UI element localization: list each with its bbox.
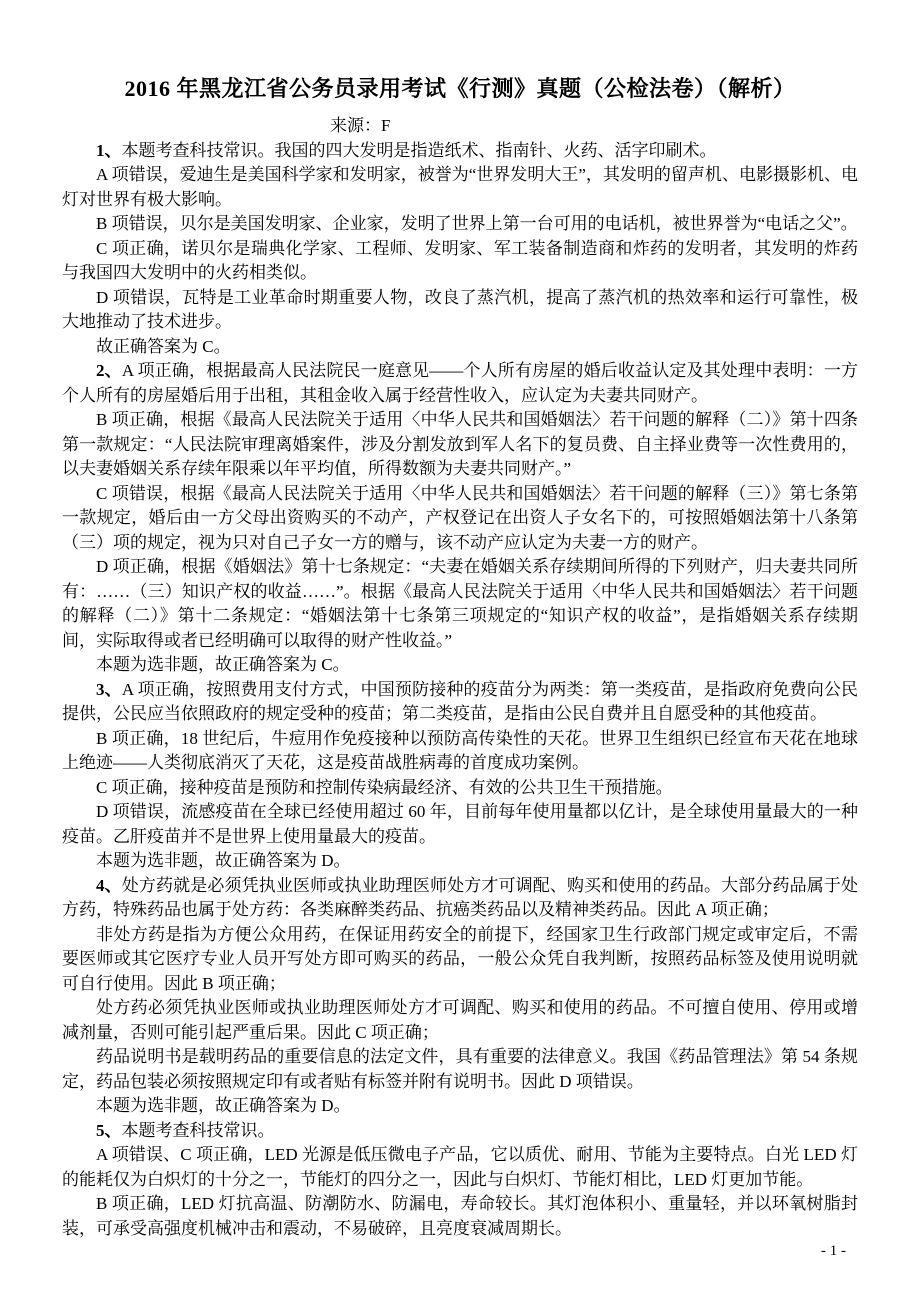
paragraph-text: C 项正确，诺贝尔是瑞典化学家、工程师、发明家、军工装备制造商和炸药的发明者，其… [62, 239, 858, 283]
paragraph-q1-option-a: A 项错误，爱迪生是美国科学家和发明家，被誉为“世界发明大王”，其发明的留声机、… [62, 163, 858, 212]
paragraph-text: 本题为选非题，故正确答案为 C。 [96, 655, 350, 674]
paragraph-q2-answer: 本题为选非题，故正确答案为 C。 [62, 653, 858, 678]
paragraph-q5-intro: 5、本题考查科技常识。 [62, 1119, 858, 1144]
question-number: 3、 [96, 680, 122, 699]
paragraph-q3-option-a: 3、A 项正确，按照费用支付方式，中国预防接种的疫苗分为两类：第一类疫苗，是指政… [62, 678, 858, 727]
paragraph-q4-answer: 本题为选非题，故正确答案为 D。 [62, 1094, 858, 1119]
question-number: 1、 [96, 141, 122, 160]
question-number: 2、 [96, 361, 122, 380]
paragraph-q1-option-c: C 项正确，诺贝尔是瑞典化学家、工程师、发明家、军工装备制造商和炸药的发明者，其… [62, 237, 858, 286]
paragraph-text: 处方药就是必须凭执业医师或执业助理医师处方才可调配、购买和使用的药品。大部分药品… [62, 876, 858, 920]
paragraph-text: B 项正确，LED 灯抗高温、防潮防水、防漏电，寿命较长。其灯泡体积小、重量轻，… [62, 1194, 858, 1238]
paragraph-text: D 项正确，根据《婚姻法》第十七条规定：“夫妻在婚姻关系存续期间所得的下列财产，… [62, 557, 858, 650]
paragraph-q1-option-d: D 项错误，瓦特是工业革命时期重要人物，改良了蒸汽机，提高了蒸汽机的热效率和运行… [62, 286, 858, 335]
paragraph-text: D 项错误，瓦特是工业革命时期重要人物，改良了蒸汽机，提高了蒸汽机的热效率和运行… [62, 288, 858, 332]
question-number: 4、 [96, 876, 122, 895]
paragraph-text: B 项正确，根据《最高人民法院关于适用〈中华人民共和国婚姻法〉若干问题的解释（二… [62, 410, 858, 478]
paragraph-q1-answer: 故正确答案为 C。 [62, 335, 858, 360]
document-page: 2016 年黑龙江省公务员录用考试《行测》真题（公检法卷）（解析） 来源：F 1… [0, 0, 920, 1302]
paragraph-q4-option-c: 处方药必须凭执业医师或执业助理医师处方才可调配、购买和使用的药品。不可擅自使用、… [62, 996, 858, 1045]
paragraph-text: 处方药必须凭执业医师或执业助理医师处方才可调配、购买和使用的药品。不可擅自使用、… [62, 998, 858, 1042]
paragraph-text: A 项错误，爱迪生是美国科学家和发明家，被誉为“世界发明大王”，其发明的留声机、… [62, 165, 858, 209]
paragraph-q4-option-b: 非处方药是指为方便公众用药，在保证用药安全的前提下，经国家卫生行政部门规定或审定… [62, 923, 858, 997]
paragraph-text: 药品说明书是载明药品的重要信息的法定文件，具有重要的法律意义。我国《药品管理法》… [62, 1047, 858, 1091]
paragraph-q2-option-b: B 项正确，根据《最高人民法院关于适用〈中华人民共和国婚姻法〉若干问题的解释（二… [62, 408, 858, 482]
paragraph-text: 非处方药是指为方便公众用药，在保证用药安全的前提下，经国家卫生行政部门规定或审定… [62, 925, 858, 993]
paragraph-text: 本题考查科技常识。 [122, 1121, 275, 1140]
paragraph-q5-option-b: B 项正确，LED 灯抗高温、防潮防水、防漏电，寿命较长。其灯泡体积小、重量轻，… [62, 1192, 858, 1241]
paragraph-text: C 项正确，接种疫苗是预防和控制传染病最经济、有效的公共卫生干预措施。 [96, 778, 673, 797]
paragraph-text: B 项正确，18 世纪后，牛痘用作免疫接种以预防高传染性的天花。世界卫生组织已经… [62, 729, 858, 773]
page-number: - 1 - [821, 1242, 846, 1260]
paragraph-text: 本题为选非题，故正确答案为 D。 [96, 851, 351, 870]
paragraph-text: A 项错误、C 项正确，LED 光源是低压微电子产品，它以质优、耐用、节能为主要… [62, 1145, 858, 1189]
paragraph-q4-option-a: 4、处方药就是必须凭执业医师或执业助理医师处方才可调配、购买和使用的药品。大部分… [62, 874, 858, 923]
paragraph-q2-option-c: C 项错误，根据《最高人民法院关于适用〈中华人民共和国婚姻法〉若干问题的解释（三… [62, 482, 858, 556]
paragraph-q3-answer: 本题为选非题，故正确答案为 D。 [62, 849, 858, 874]
document-title: 2016 年黑龙江省公务员录用考试《行测》真题（公检法卷）（解析） [62, 74, 858, 104]
paragraph-q3-option-c: C 项正确，接种疫苗是预防和控制传染病最经济、有效的公共卫生干预措施。 [62, 776, 858, 801]
paragraph-text: 故正确答案为 C。 [96, 337, 231, 356]
paragraph-text: A 项正确，按照费用支付方式，中国预防接种的疫苗分为两类：第一类疫苗，是指政府免… [62, 680, 858, 724]
paragraph-text: B 项错误，贝尔是美国发明家、企业家，发明了世界上第一台可用的电话机，被世界誉为… [96, 214, 858, 233]
paragraph-text: C 项错误，根据《最高人民法院关于适用〈中华人民共和国婚姻法〉若干问题的解释（三… [62, 484, 858, 552]
question-number: 5、 [96, 1121, 122, 1140]
source-line: 来源：F [62, 114, 858, 139]
paragraph-q2-option-a: 2、A 项正确，根据最高人民法院民一庭意见——个人所有房屋的婚后收益认定及其处理… [62, 359, 858, 408]
paragraph-text: 本题为选非题，故正确答案为 D。 [96, 1096, 351, 1115]
paragraph-text: 本题考查科技常识。我国的四大发明是指造纸术、指南针、火药、活字印刷术。 [122, 141, 717, 160]
paragraph-q3-option-b: B 项正确，18 世纪后，牛痘用作免疫接种以预防高传染性的天花。世界卫生组织已经… [62, 727, 858, 776]
paragraph-text: A 项正确，根据最高人民法院民一庭意见——个人所有房屋的婚后收益认定及其处理中表… [62, 361, 858, 405]
paragraph-text: D 项错误，流感疫苗在全球已经使用超过 60 年，目前每年使用量都以亿计，是全球… [62, 802, 858, 846]
paragraph-q4-option-d: 药品说明书是载明药品的重要信息的法定文件，具有重要的法律意义。我国《药品管理法》… [62, 1045, 858, 1094]
paragraph-q1-option-b: B 项错误，贝尔是美国发明家、企业家，发明了世界上第一台可用的电话机，被世界誉为… [62, 212, 858, 237]
paragraph-q3-option-d: D 项错误，流感疫苗在全球已经使用超过 60 年，目前每年使用量都以亿计，是全球… [62, 800, 858, 849]
paragraph-q1-intro: 1、本题考查科技常识。我国的四大发明是指造纸术、指南针、火药、活字印刷术。 [62, 139, 858, 164]
paragraph-q2-option-d: D 项正确，根据《婚姻法》第十七条规定：“夫妻在婚姻关系存续期间所得的下列财产，… [62, 555, 858, 653]
paragraph-q5-option-ac: A 项错误、C 项正确，LED 光源是低压微电子产品，它以质优、耐用、节能为主要… [62, 1143, 858, 1192]
